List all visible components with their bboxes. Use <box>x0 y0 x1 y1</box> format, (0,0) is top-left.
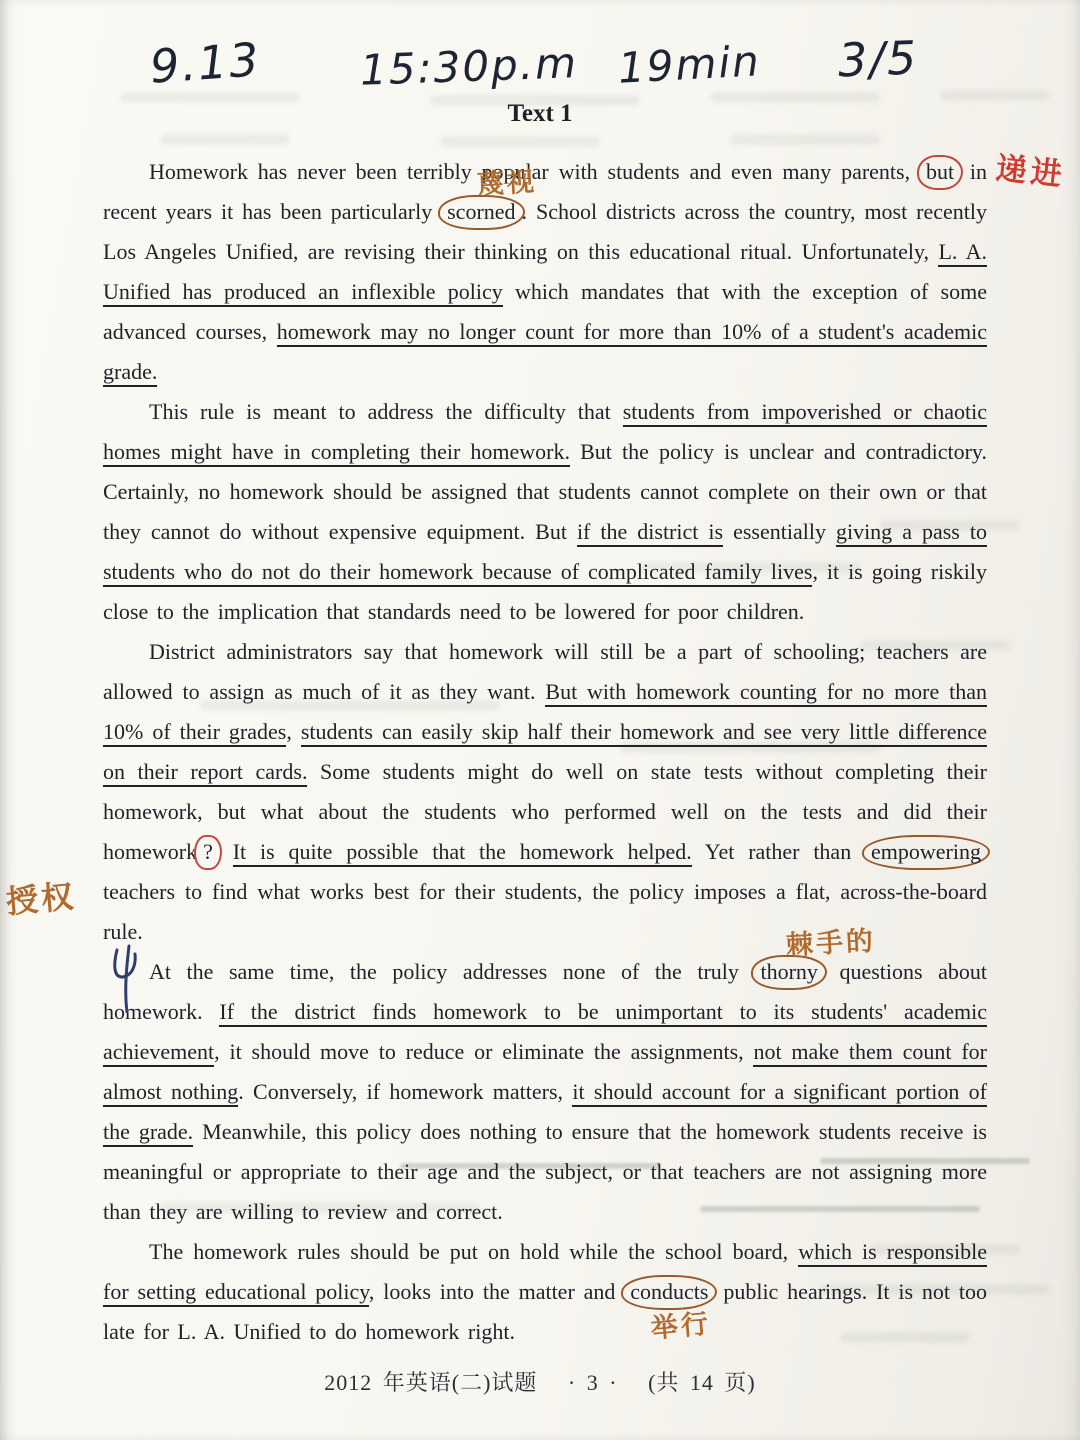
passage-text: , looks into the matter and <box>369 1279 624 1304</box>
handwritten-duration: 19min <box>617 36 762 92</box>
page-footer: 2012 年英语(二)试题 · 3 · (共 14 页) <box>0 1366 1080 1397</box>
handwritten-time: 15:30p.m <box>359 38 579 95</box>
passage-text: , <box>286 719 301 744</box>
handwritten-annotation: 举行 <box>649 1304 712 1349</box>
bleed-through <box>440 136 600 147</box>
passage-paragraph: The homework rules should be put on hold… <box>103 1232 987 1352</box>
circled-word: conducts举行 <box>621 1275 717 1310</box>
footer-total-pages: (共 14 页) <box>648 1370 756 1395</box>
handwritten-annotation: 棘手的 <box>785 922 877 967</box>
bleed-through <box>160 134 290 145</box>
scanned-exam-page: 9.13 15:30p.m 19min 3/5 Text 1 Homework … <box>0 0 1080 1440</box>
passage-text: Yet rather than <box>692 839 865 864</box>
circled-word: ? <box>194 835 222 870</box>
passage-text: essentially <box>723 519 836 544</box>
passage-text: The homework rules should be put on hold… <box>149 1239 798 1264</box>
passage-text: Meanwhile, this policy does nothing to e… <box>103 1119 987 1224</box>
passage-paragraph: This rule is meant to address the diffic… <box>103 392 987 632</box>
margin-note-shouquan: 授权 <box>4 871 78 923</box>
passage-text: This rule is meant to address the diffic… <box>149 399 623 424</box>
underlined-text: if the district is <box>577 519 723 547</box>
passage-body: Homework has never been terribly popular… <box>103 152 987 1352</box>
page-title: Text 1 <box>0 100 1080 128</box>
passage-paragraph: District administrators say that homewor… <box>103 632 987 952</box>
circled-word: but <box>917 155 963 190</box>
circled-word: scorned蔑视 <box>438 195 524 230</box>
handwritten-annotation: 蔑视 <box>476 162 538 205</box>
passage-text: , it should move to reduce or eliminate … <box>214 1039 753 1064</box>
footer-page-number: · 3 · <box>568 1370 618 1395</box>
passage-text: . Conversely, if homework matters, <box>238 1079 572 1104</box>
handwritten-score-fraction: 3/5 <box>837 31 919 88</box>
passage-text: At the same time, the policy addresses n… <box>149 959 754 984</box>
handwritten-date: 9.13 <box>148 32 262 94</box>
underlined-text: It is quite possible that the homework h… <box>233 839 692 867</box>
bleed-through <box>730 134 880 145</box>
margin-note-dijin: 递进 <box>994 142 1068 194</box>
footer-exam-label: 2012 年英语(二)试题 <box>324 1370 537 1395</box>
passage-paragraph: At the same time, the policy addresses n… <box>103 952 987 1232</box>
circled-word: empowering <box>862 835 990 870</box>
circled-word: thorny棘手的 <box>751 955 826 990</box>
passage-paragraph: Homework has never been terribly popular… <box>103 152 987 392</box>
